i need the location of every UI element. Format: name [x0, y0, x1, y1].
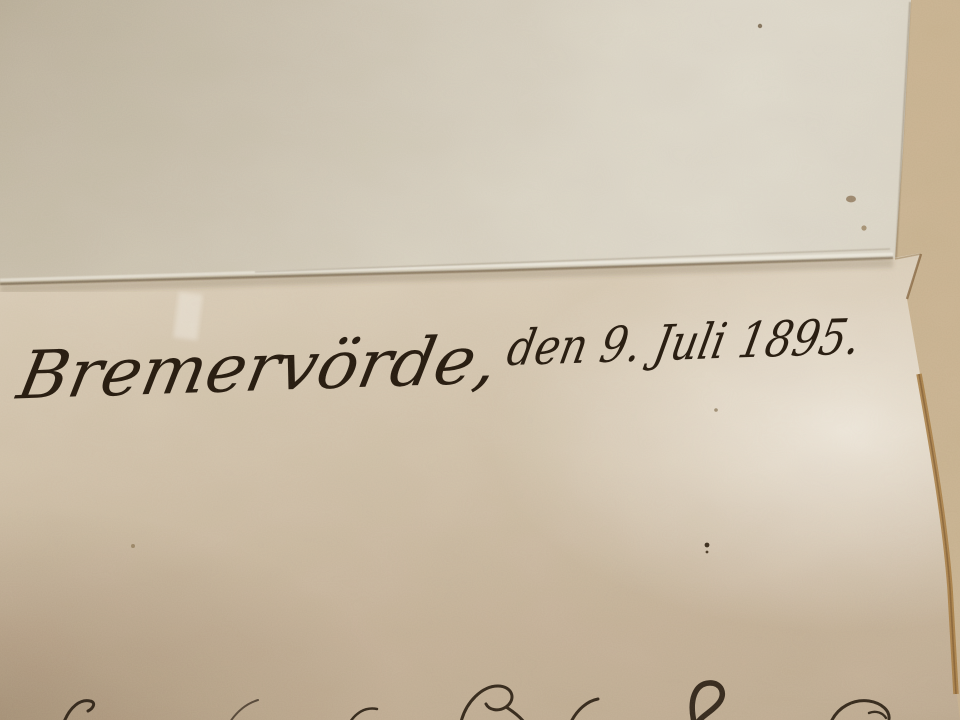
photo-scene: Bremervörde, den 9. Juli 1895.: [0, 0, 960, 720]
vignette-overlay: [0, 0, 960, 720]
